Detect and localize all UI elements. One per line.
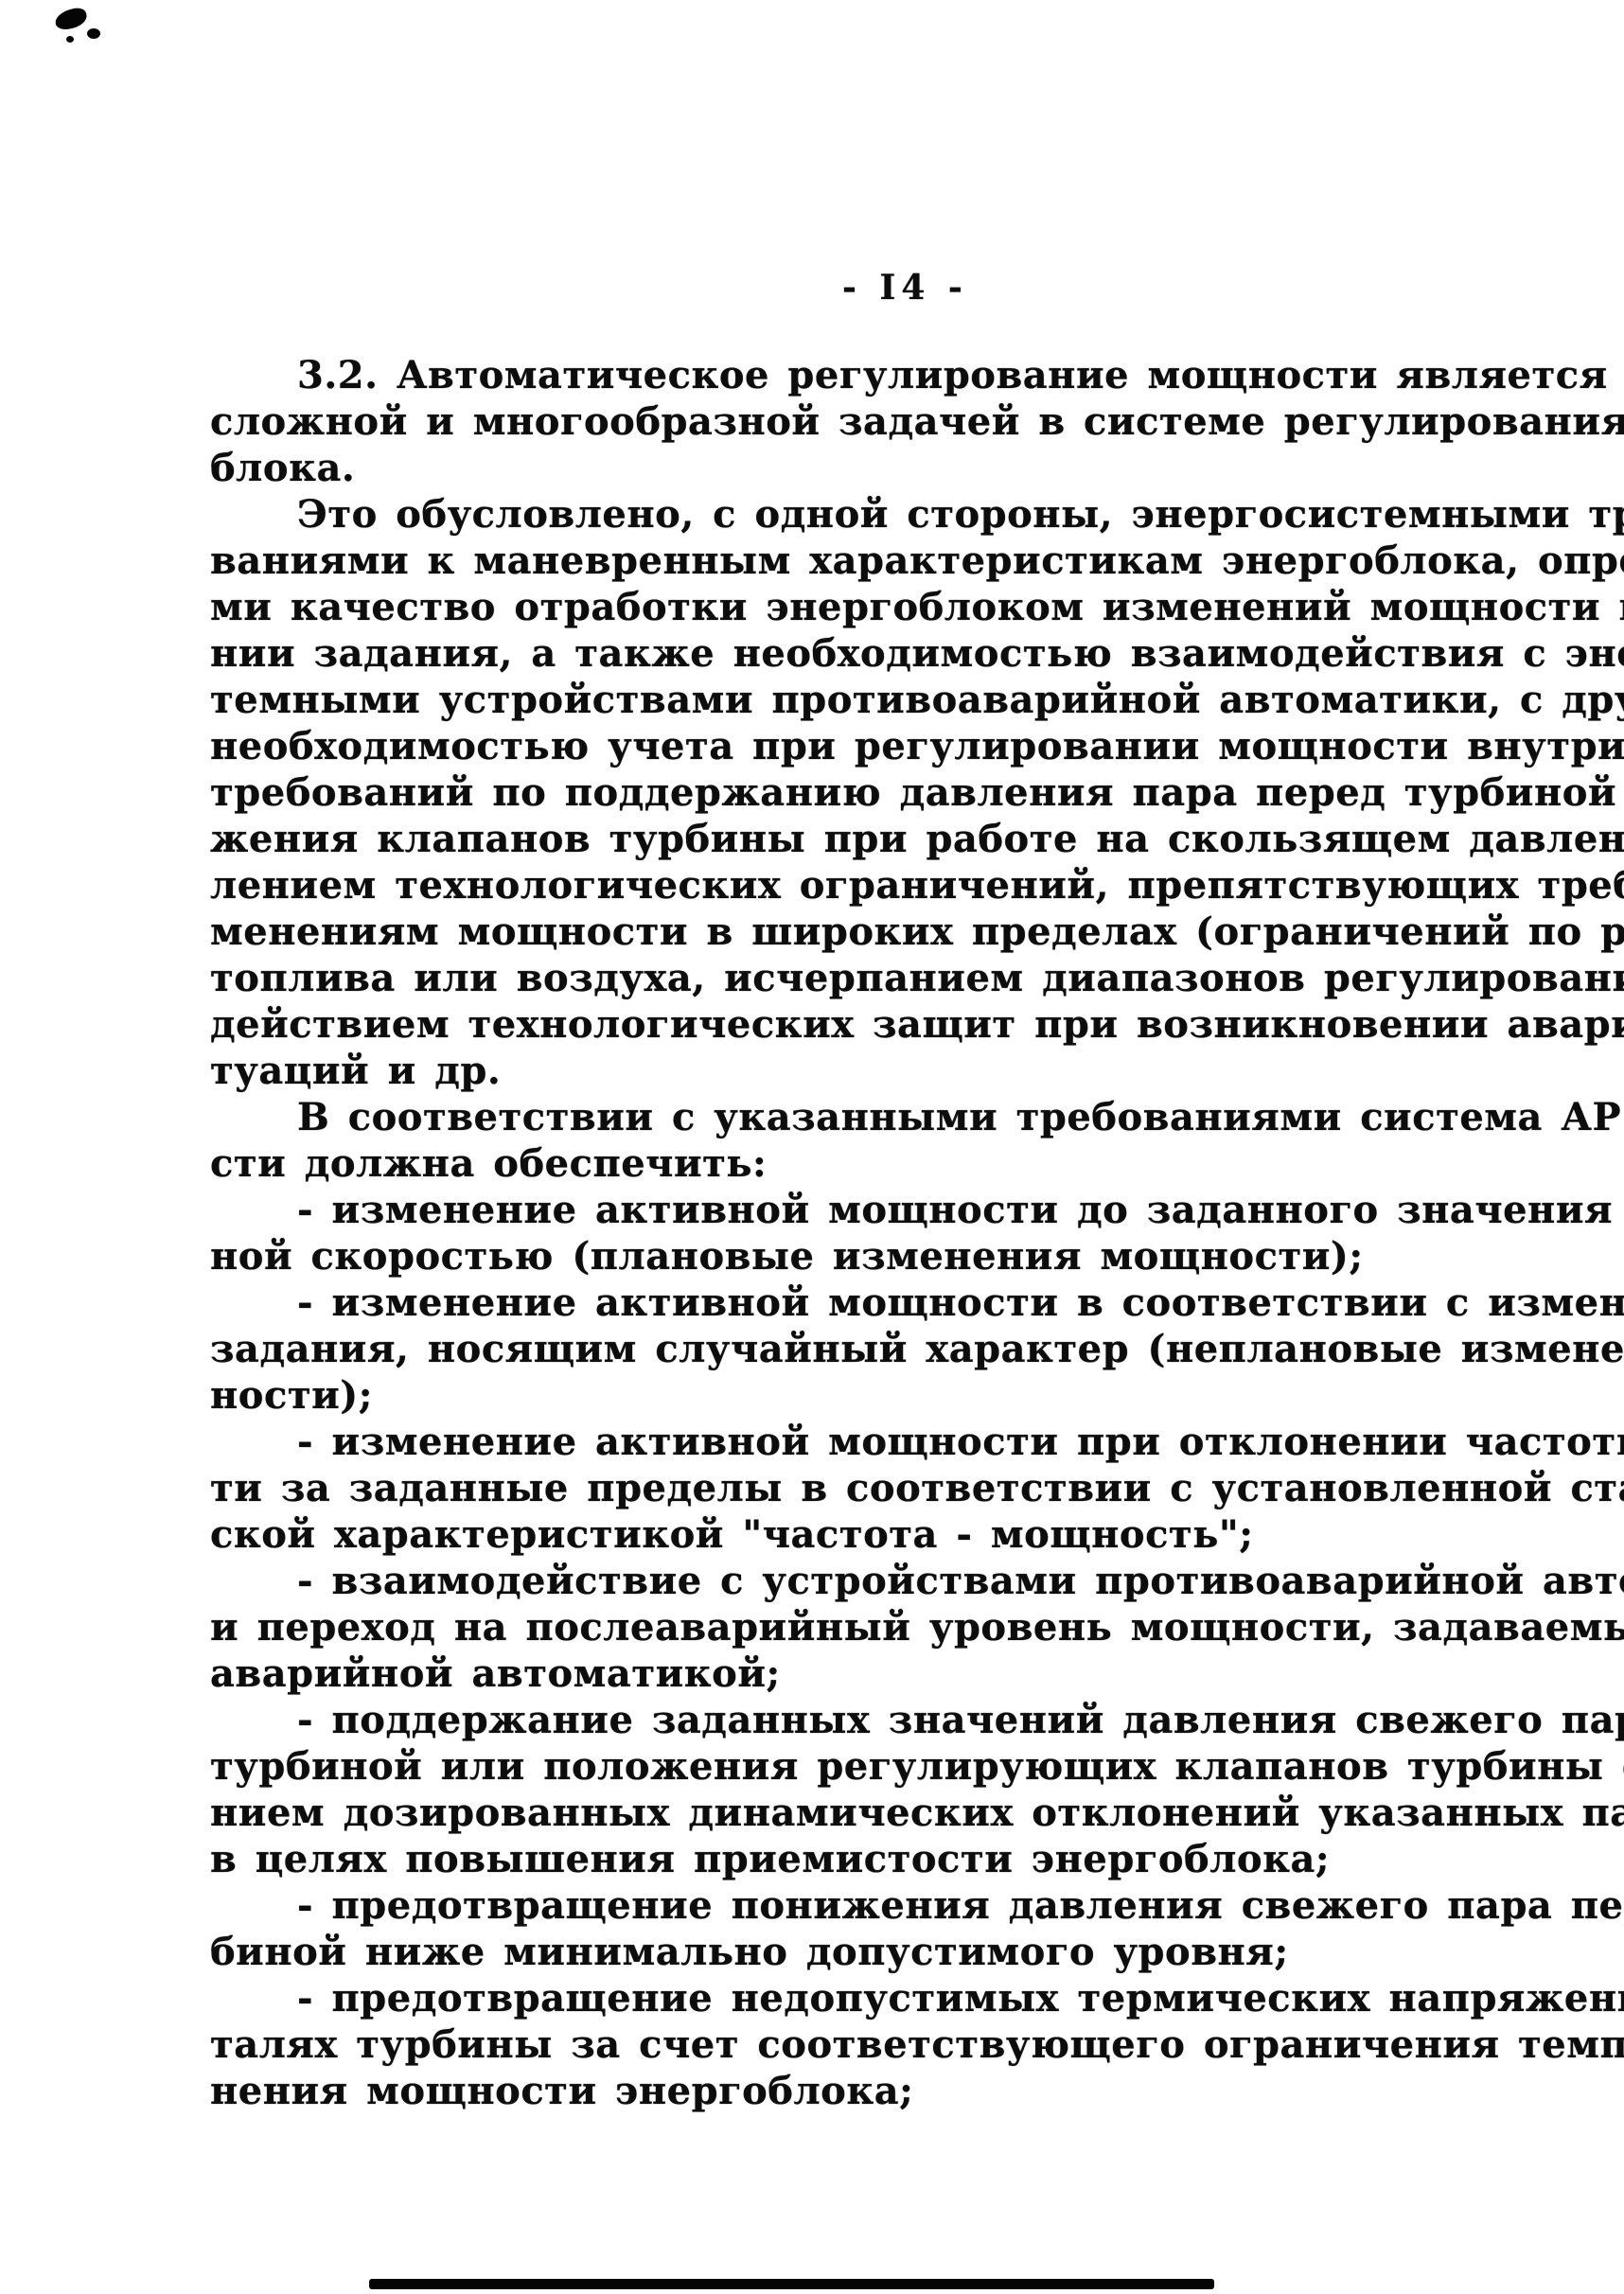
text-line: нием дозированных динамических отклонени… [210, 1790, 1516, 1836]
scan-speck-artifact [87, 28, 100, 39]
text-line: задания, носящим случайный характер (неп… [210, 1326, 1516, 1372]
text-line: топлива или воздуха, исчерпанием диапазо… [210, 955, 1516, 1001]
paragraph: - изменение активной мощности до заданно… [210, 1187, 1516, 1279]
text-line: аварийной автоматикой; [210, 1650, 1516, 1697]
paragraph: - изменение активной мощности в соответс… [210, 1279, 1516, 1419]
text-line: - взаимодействие с устройствами противоа… [210, 1558, 1516, 1604]
text-line: требований по поддержанию давления пара … [210, 769, 1516, 816]
text-line: сложной и многообразной задачей в систем… [210, 398, 1516, 445]
text-line: - поддержание заданных значений давления… [210, 1697, 1516, 1743]
text-line: менениям мощности в широких пределах (ог… [210, 909, 1516, 955]
document-page: - I4 - 3.2. Автоматическое регулирование… [0, 0, 1624, 2294]
text-line: ной скоростью (плановые изменения мощнос… [210, 1233, 1516, 1279]
paragraph: - поддержание заданных значений давления… [210, 1697, 1516, 1882]
page-number: - I4 - [842, 268, 968, 308]
text-line: 3.2. Автоматическое регулирование мощнос… [210, 352, 1516, 398]
text-line: - изменение активной мощности в соответс… [210, 1279, 1516, 1326]
text-line: В соответствии с указанными требованиями… [210, 1094, 1516, 1140]
scan-speck-artifact [66, 36, 74, 43]
text-line: Это обусловлено, с одной стороны, энерго… [210, 491, 1516, 538]
text-line: жения клапанов турбины при работе на ско… [210, 816, 1516, 862]
document-body: 3.2. Автоматическое регулирование мощнос… [210, 352, 1516, 2114]
text-line: ти за заданные пределы в соответствии с … [210, 1465, 1516, 1511]
text-line: - предотвращение понижения давления свеж… [210, 1882, 1516, 1929]
paragraph: - предотвращение недопустимых термически… [210, 1975, 1516, 2114]
text-line: ности); [210, 1372, 1516, 1419]
scan-bar-artifact [369, 2279, 1214, 2289]
paragraph: - взаимодействие с устройствами противоа… [210, 1558, 1516, 1697]
text-line: и переход на послеаварийный уровень мощн… [210, 1604, 1516, 1650]
text-line: в целях повышения приемистости энергобло… [210, 1836, 1516, 1882]
text-line: действием технологических защит при возн… [210, 1001, 1516, 1048]
paragraph: - предотвращение понижения давления свеж… [210, 1882, 1516, 1975]
text-line: ваниями к маневренным характеристикам эн… [210, 538, 1516, 584]
text-line: темными устройствами противоаварийной ав… [210, 677, 1516, 723]
scan-speck-artifact [53, 6, 89, 32]
text-line: - предотвращение недопустимых термически… [210, 1975, 1516, 2021]
text-line: лением технологических ограничений, преп… [210, 862, 1516, 909]
text-line: - изменение активной мощности при отклон… [210, 1419, 1516, 1465]
text-line: нения мощности энергоблока; [210, 2068, 1516, 2114]
paragraph: - изменение активной мощности при отклон… [210, 1419, 1516, 1558]
text-line: туаций и др. [210, 1048, 1516, 1094]
text-line: ми качество отработки энергоблоком измен… [210, 584, 1516, 630]
text-line: ской характеристикой "частота - мощность… [210, 1511, 1516, 1558]
text-line: - изменение активной мощности до заданно… [210, 1187, 1516, 1233]
paragraph: Это обусловлено, с одной стороны, энерго… [210, 491, 1516, 1094]
text-line: нии задания, а также необходимостью взаи… [210, 630, 1516, 677]
paragraph: 3.2. Автоматическое регулирование мощнос… [210, 352, 1516, 491]
text-line: талях турбины за счет соответствующего о… [210, 2021, 1516, 2068]
text-line: биной ниже минимально допустимого уровня… [210, 1929, 1516, 1975]
paragraph: В соответствии с указанными требованиями… [210, 1094, 1516, 1187]
text-line: необходимостью учета при регулировании м… [210, 723, 1516, 769]
text-line: турбиной или положения регулирующих клап… [210, 1743, 1516, 1790]
text-line: сти должна обеспечить: [210, 1140, 1516, 1187]
text-line: блока. [210, 445, 1516, 491]
